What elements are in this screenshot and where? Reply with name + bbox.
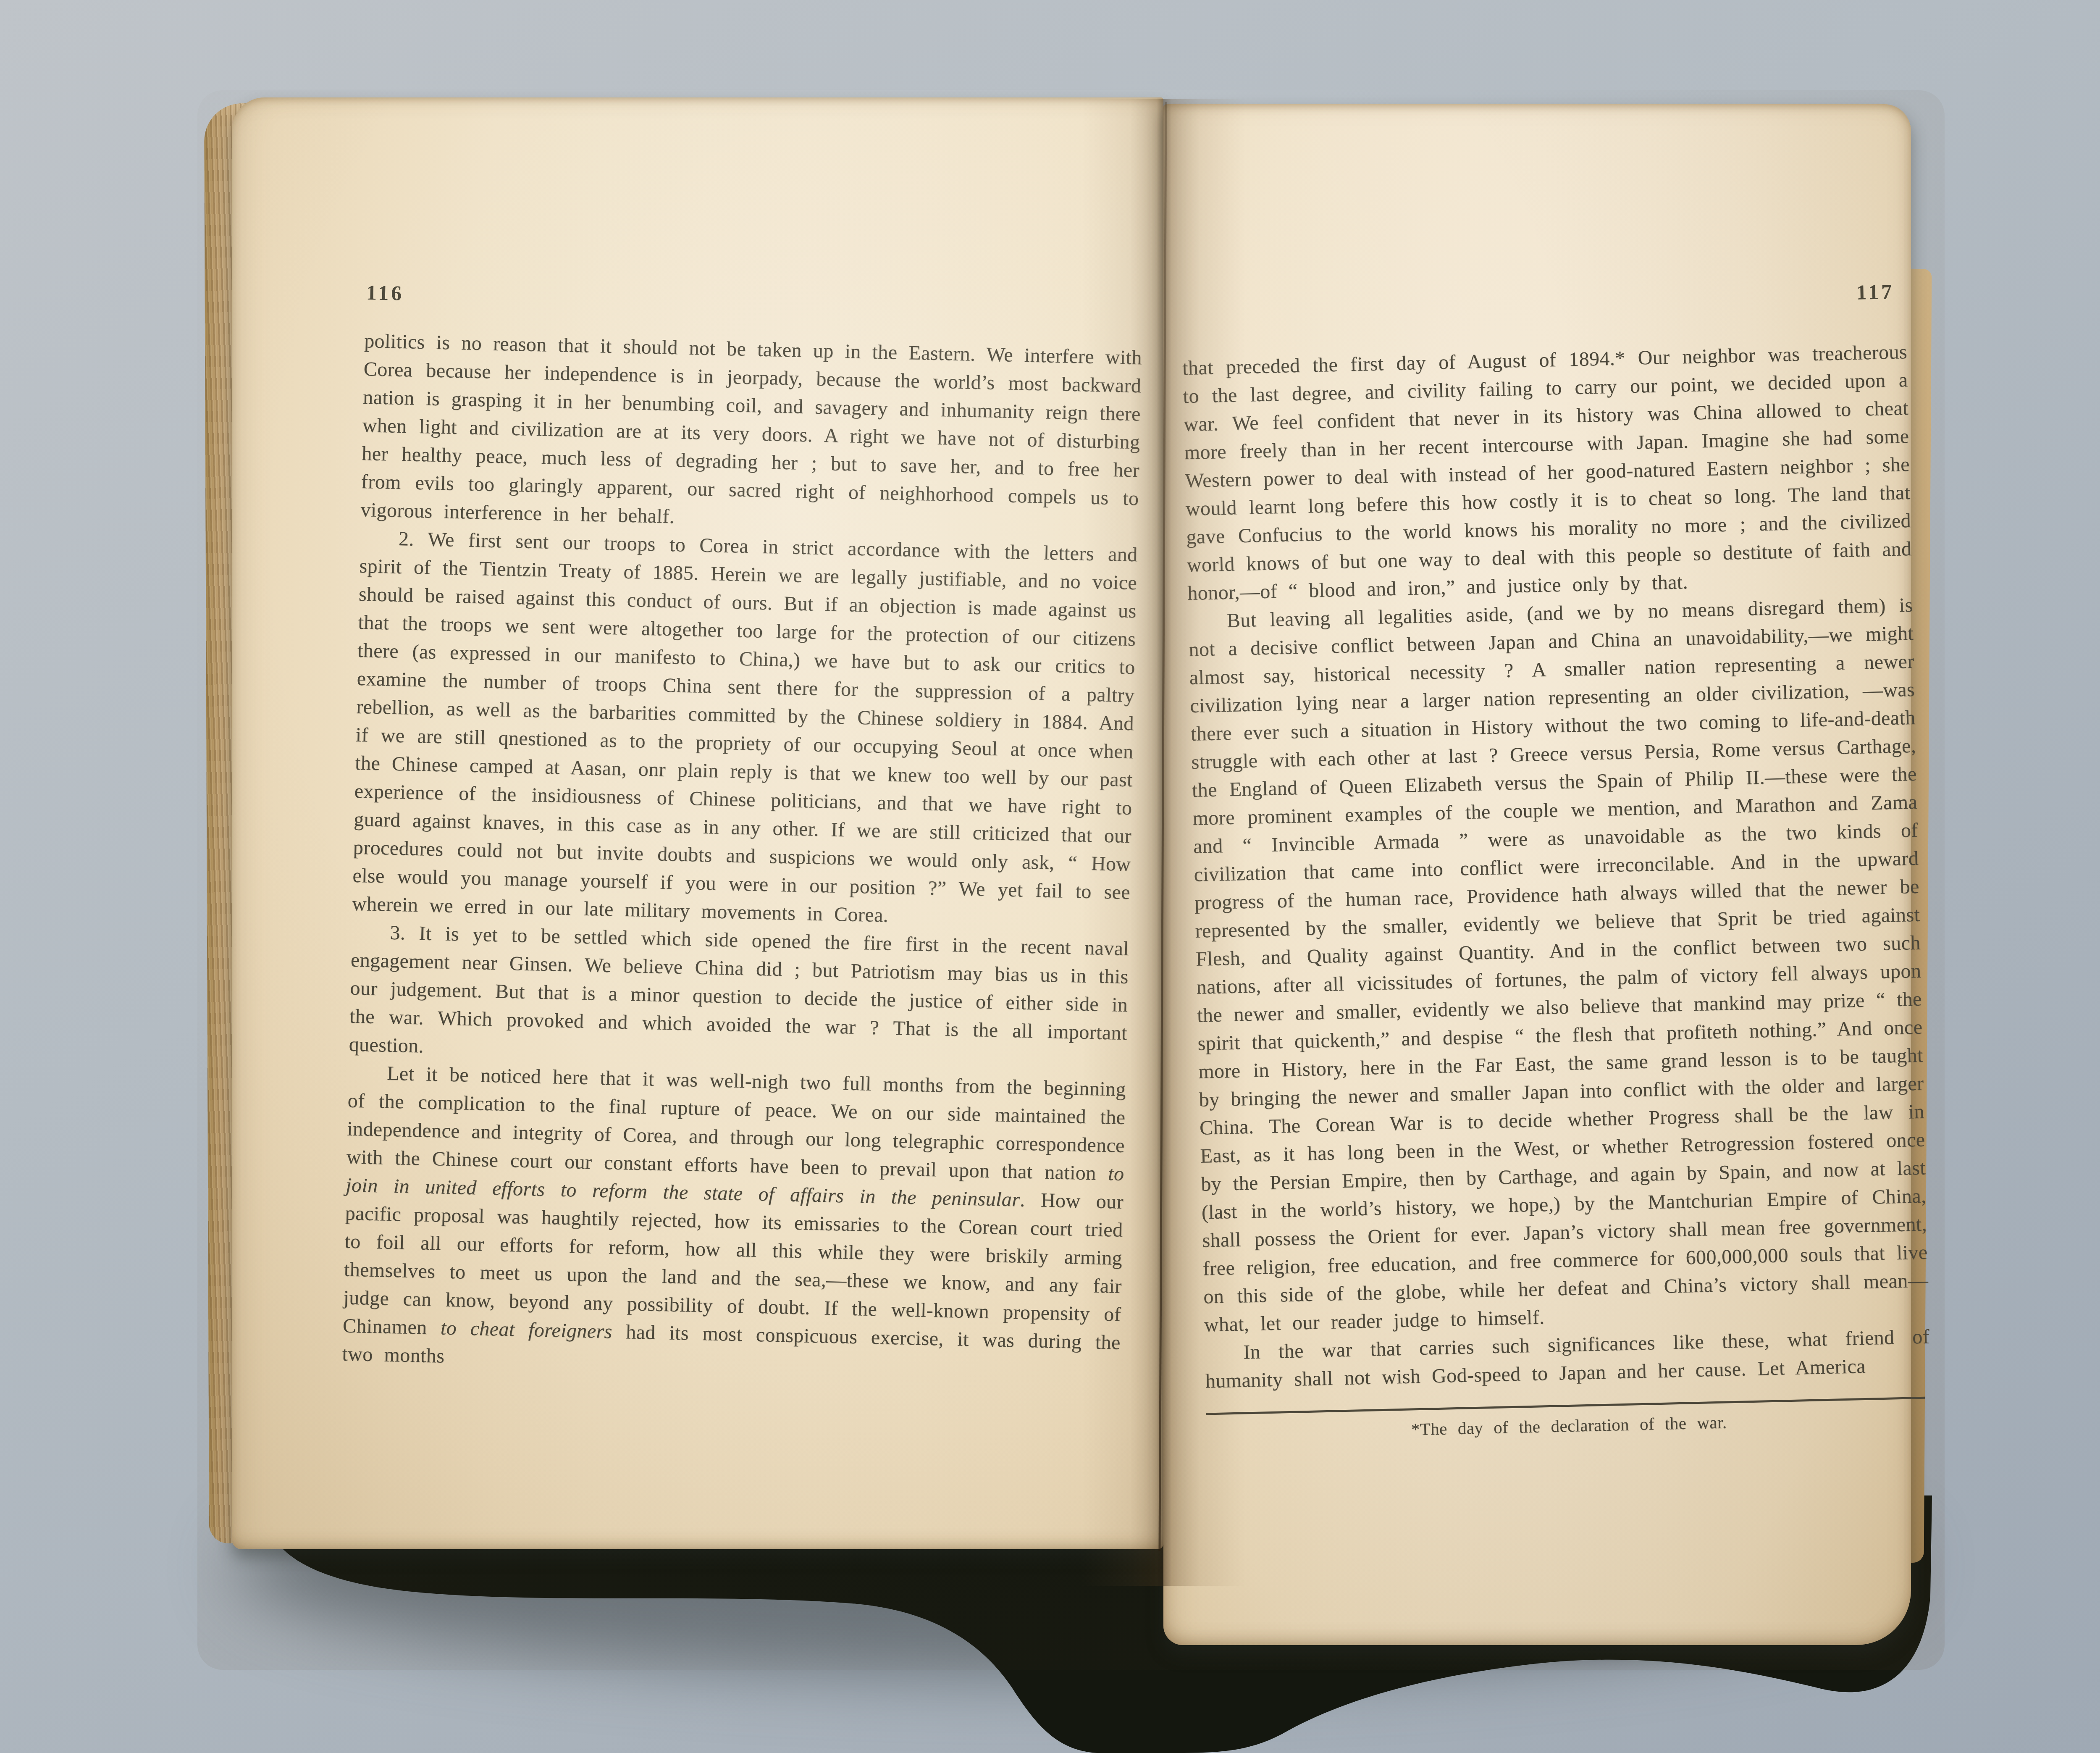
photo-background: 116 politics is no reason that it should… — [0, 0, 2100, 1753]
paragraph: that preceded the first day of August of… — [1182, 338, 1912, 607]
text-run: . How our pacific proposal was haughtily… — [343, 1189, 1124, 1339]
page-number-right: 117 — [1856, 279, 1894, 305]
page-left-text: politics is no reason that it should not… — [342, 327, 1142, 1385]
page-right-text: that preceded the first day of August of… — [1182, 338, 1931, 1444]
page-number-left: 116 — [366, 280, 404, 305]
page-right: 117 that preceded the first day of Augus… — [1163, 104, 1911, 1645]
text-run: politics is no reason that it should not… — [360, 330, 1142, 528]
footnote-text: *The day of the declaration of the war. — [1206, 1407, 1932, 1444]
paragraph: politics is no reason that it should not… — [360, 327, 1142, 541]
paragraph: But leaving all legalities aside, (and w… — [1188, 591, 1929, 1339]
paragraph: 2. We first sent our troops to Corea in … — [352, 524, 1138, 935]
text-run: 2. We first sent our troops to Corea in … — [352, 528, 1138, 927]
paragraph: Let it be noticed here that it was well-… — [342, 1059, 1126, 1385]
text-run: Let it be noticed here that it was well-… — [346, 1062, 1126, 1185]
italic-text-run: to cheat foreigners — [441, 1317, 613, 1343]
text-run: 3. It is yet to be settled which side op… — [349, 922, 1129, 1057]
text-run: that preceded the first day of August of… — [1182, 341, 1912, 604]
page-right-paragraphs: that preceded the first day of August of… — [1182, 338, 1930, 1396]
page-left: 116 politics is no reason that it should… — [232, 97, 1163, 1549]
paragraph: 3. It is yet to be settled which side op… — [349, 918, 1129, 1075]
text-run: But leaving all legalities aside, (and w… — [1189, 594, 1929, 1336]
